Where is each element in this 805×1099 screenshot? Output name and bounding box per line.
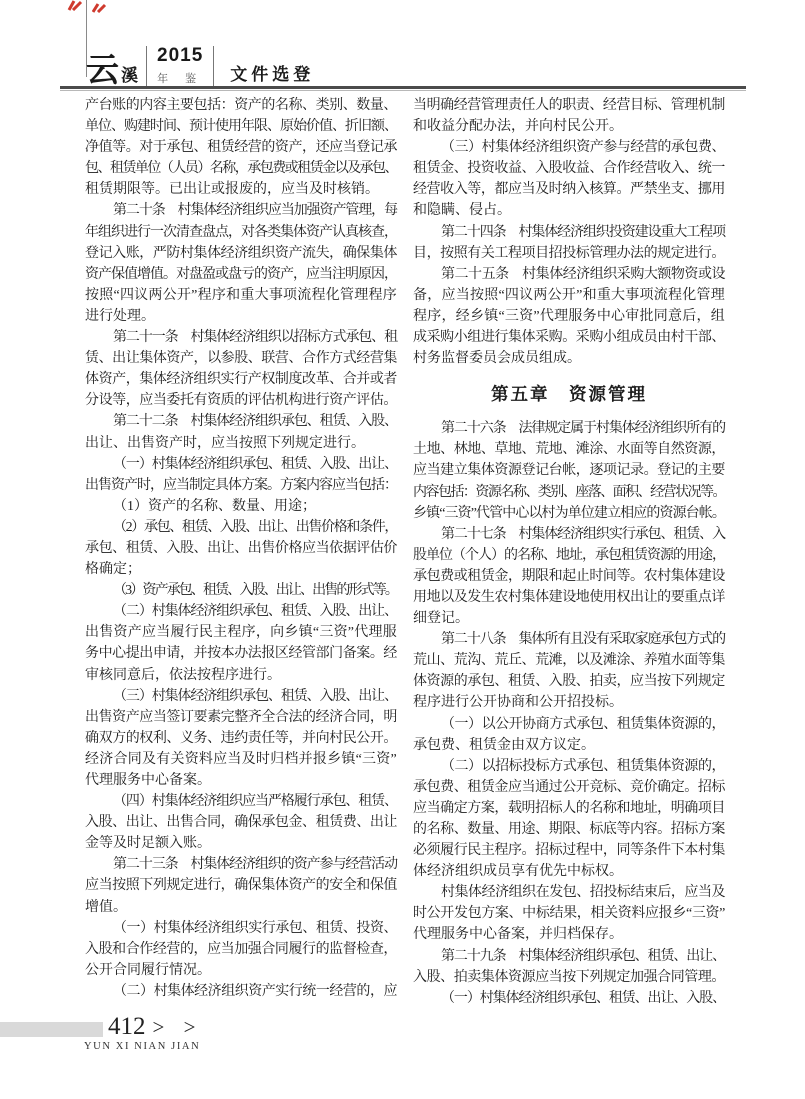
text-line: 的名称、数量、用途、期限、标底等内容。招标方案 — [413, 819, 725, 840]
text-line: 进行处理。 — [85, 306, 397, 327]
chapter-heading: 第五章 资源管理 — [413, 383, 725, 405]
text-line: 第二十七条 村集体经济组织实行承包、租赁、入 — [413, 524, 725, 545]
text-line: 入股和合作经营的，应当加强合同履行的监督检查， — [85, 939, 397, 960]
document-page: 云 溪 2015 年 鉴 文件选登 产台账的内容主要包括：资产的名称、类别、数量… — [0, 0, 805, 1099]
text-line: 承包费、租赁金应当通过公开竞标、竞价确定。招标 — [413, 777, 725, 798]
year-block: 2015 年 鉴 — [157, 46, 203, 86]
text-line: 出售资产应当签订要素完整齐全合法的经济合同，明 — [85, 707, 397, 728]
text-line: 入股、拍卖集体资源应当按下列规定加强合同管理。 — [413, 967, 725, 988]
text-line: 第二十九条 村集体经济组织承包、租赁、出让、 — [413, 946, 725, 967]
text-line: 细登记。 — [413, 608, 725, 629]
text-line: 内容包括：资源名称、类别、座落、面积、经营状况等。 — [413, 482, 725, 503]
text-line: 经营收入等，都应当及时纳入核算。严禁坐支、挪用 — [413, 179, 725, 200]
text-line: 村集体经济组织在发包、招投标结束后，应当及 — [413, 882, 725, 903]
text-line: 第二十六条 法律规定属于村集体经济组织所有的 — [413, 418, 725, 439]
text-line: 赁、出让集体资产，以参股、联营、合作方式经营集 — [85, 348, 397, 369]
text-line: （三）村集体经济组织承包、租赁、入股、出让、 — [85, 686, 397, 707]
text-line: 分设等，应当委托有资质的评估机构进行资产评估。 — [85, 390, 397, 411]
text-line: 资产保值增值。对盘盈或盘亏的资产，应当注明原因， — [85, 264, 397, 285]
text-line: 租赁期限等。已出让或报废的，应当及时核销。 — [85, 179, 397, 200]
text-line: 出让、出售资产时，应当按照下列规定进行。 — [85, 433, 397, 454]
page-header: 云 溪 2015 年 鉴 文件选登 — [86, 44, 314, 86]
text-line: 必须履行民主程序。招标过程中，同等条件下本村集 — [413, 840, 725, 861]
text-line: 土地、林地、草地、荒地、滩涂、水面等自然资源， — [413, 439, 725, 460]
text-line: 代理服务中心备案。 — [85, 770, 397, 791]
left-text-column: 产台账的内容主要包括：资产的名称、类别、数量、单位、购建时间、预计使用年限、原始… — [85, 95, 397, 1002]
text-line: （一）村集体经济组织实行承包、租赁、投资、 — [85, 918, 397, 939]
text-line: （一）村集体经济组织承包、租赁、出让、入股、 — [413, 988, 725, 1009]
text-line: 第二十条 村集体经济组织应当加强资产管理，每 — [85, 200, 397, 221]
text-line: 增值。 — [85, 897, 397, 918]
logo-character-xi: 溪 — [121, 67, 138, 84]
text-line: 务中心提出申请，并按本办法报区经管部门备案。经 — [85, 643, 397, 664]
text-line: （三）村集体经济组织资产参与经营的承包费、 — [413, 137, 725, 158]
text-line: 年组织进行一次清查盘点，对各类集体资产认真核查， — [85, 222, 397, 243]
text-line: 公开合同履行情况。 — [85, 960, 397, 981]
page-number-value: 412 — [108, 1013, 146, 1040]
text-line: 第二十五条 村集体经济组织采购大额物资或设 — [413, 264, 725, 285]
yearbook-label: 年 鉴 — [157, 70, 203, 86]
text-line: 程序进行公开协商和公开招投标。 — [413, 692, 725, 713]
text-line: 单位、购建时间、预计使用年限、原始价值、折旧额、 — [85, 116, 397, 137]
logo-character-yun: 云 — [86, 53, 119, 86]
text-line: 承包、租赁、入股、出让、出售价格应当依据评估价 — [85, 538, 397, 559]
text-line: 应当建立集体资源登记台帐，逐项记录。登记的主要 — [413, 460, 725, 481]
text-line: 承包费或租赁金，期限和起止时间等。农村集体建设 — [413, 566, 725, 587]
text-line: 荒山、荒沟、荒丘、荒滩，以及滩涂、养殖水面等集 — [413, 650, 725, 671]
text-line: 和收益分配办法，并向村民公开。 — [413, 116, 725, 137]
text-line: （一）以公开协商方式承包、租赁集体资源的， — [413, 714, 725, 735]
text-line: （二）以招标投标方式承包、租赁集体资源的， — [413, 756, 725, 777]
text-line: 当明确经营管理责任人的职责、经营目标、管理机制 — [413, 95, 725, 116]
text-line: 应当确定方案，载明招标人的名称和地址，明确项目 — [413, 798, 725, 819]
text-line: 确双方的权利、义务、违约责任等，并向村民公开。 — [85, 728, 397, 749]
header-divider — [146, 46, 147, 86]
red-mark-icon — [67, 0, 83, 16]
text-line: 金等及时足额入账。 — [85, 833, 397, 854]
text-line: 第二十三条 村集体经济组织的资产参与经营活动 — [85, 854, 397, 875]
text-line: 净值等。对于承包、租赁经营的资产，还应当登记承 — [85, 137, 397, 158]
page-number: 412> > — [108, 1013, 202, 1041]
section-title: 文件选登 — [230, 60, 314, 85]
text-line: 格确定； — [85, 559, 397, 580]
text-line: 经济合同及有关资料应当及时归档并报乡镇“三资” — [85, 749, 397, 770]
text-line: 体资产，集体经济组织实行产权制度改革、合并或者 — [85, 369, 397, 390]
text-line: 和隐瞒、侵占。 — [413, 200, 725, 221]
chevrons-icon: > > — [153, 1015, 203, 1039]
text-line: （二）村集体经济组织承包、租赁、入股、出让、 — [85, 601, 397, 622]
footer-bar — [0, 1022, 103, 1037]
text-line: （四）村集体经济组织应当严格履行承包、租赁、 — [85, 791, 397, 812]
text-line: 登记入账，严防村集体经济组织资产流失，确保集体 — [85, 243, 397, 264]
text-line: 入股、出让、出售合同，确保承包金、租赁费、出让 — [85, 812, 397, 833]
text-line: （二）村集体经济组织资产实行统一经营的，应 — [85, 981, 397, 1002]
text-line: 乡镇“三资”代管中心以村为单位建立相应的资源台帐。 — [413, 503, 725, 524]
text-line: 产台账的内容主要包括：资产的名称、类别、数量、 — [85, 95, 397, 116]
text-line: 代理服务中心备案，并归档保存。 — [413, 924, 725, 945]
text-line: 用地以及发生农村集体建设地使用权出让的要重点详 — [413, 587, 725, 608]
text-line: 第二十八条 集体所有且没有采取家庭承包方式的 — [413, 629, 725, 650]
text-line: 村务监督委员会成员组成。 — [413, 348, 725, 369]
footer-caption: YUN XI NIAN JIAN — [84, 1041, 200, 1052]
header-rule-light — [60, 90, 746, 92]
text-line: 出售资产时，应当制定具体方案。方案内容应当包括： — [85, 475, 397, 496]
text-line: 目，按照有关工程项目招投标管理办法的规定进行。 — [413, 243, 725, 264]
red-mark-icon — [92, 0, 107, 18]
text-line: 股单位（个人）的名称、地址，承包租赁资源的用途， — [413, 545, 725, 566]
text-line: 成采购小组进行集体采购。采购小组成员由村干部、 — [413, 327, 725, 348]
text-line: 体经济组织成员享有优先中标权。 — [413, 861, 725, 882]
year-label: 2015 — [157, 46, 203, 67]
text-line: 租赁金、投资收益、入股收益、合作经营收入、统一 — [413, 158, 725, 179]
right-text-column: 当明确经营管理责任人的职责、经营目标、管理机制和收益分配办法，并向村民公开。（三… — [413, 95, 725, 1009]
text-line: 包、租赁单位（人员）名称，承包费或租赁金以及承包、 — [85, 158, 397, 179]
text-line: 备，应当按照“四议两公开”和重大事项流程化管理 — [413, 285, 725, 306]
text-line: （2）承包、租赁、入股、出让、出售价格和条件， — [85, 517, 397, 538]
text-line: 第二十一条 村集体经济组织以招标方式承包、租 — [85, 327, 397, 348]
text-line: （3）资产承包、租赁、入股、出让、出售的形式等。 — [85, 580, 397, 601]
text-line: 按照“四议两公开”程序和重大事项流程化管理程序 — [85, 285, 397, 306]
text-line: （1）资产的名称、数量、用途； — [85, 496, 397, 517]
header-rule-dark — [60, 86, 746, 89]
header-divider — [213, 46, 214, 86]
text-line: 第二十二条 村集体经济组织承包、租赁、入股、 — [85, 411, 397, 432]
text-line: 第二十四条 村集体经济组织投资建设重大工程项 — [413, 222, 725, 243]
text-line: 时公开发包方案、中标结果，相关资料应报乡“三资” — [413, 903, 725, 924]
text-line: 体资源的承包、租赁、入股、拍卖，应当按下列规定 — [413, 671, 725, 692]
text-line: （一）村集体经济组织承包、租赁、入股、出让、 — [85, 454, 397, 475]
text-line: 出售资产应当履行民主程序，向乡镇“三资”代理服 — [85, 622, 397, 643]
text-line: 应当按照下列规定进行，确保集体资产的安全和保值 — [85, 875, 397, 896]
text-line: 审核同意后，依法按程序进行。 — [85, 665, 397, 686]
text-line: 程序，经乡镇“三资”代理服务中心审批同意后，组 — [413, 306, 725, 327]
text-line: 承包费、租赁金由双方议定。 — [413, 735, 725, 756]
